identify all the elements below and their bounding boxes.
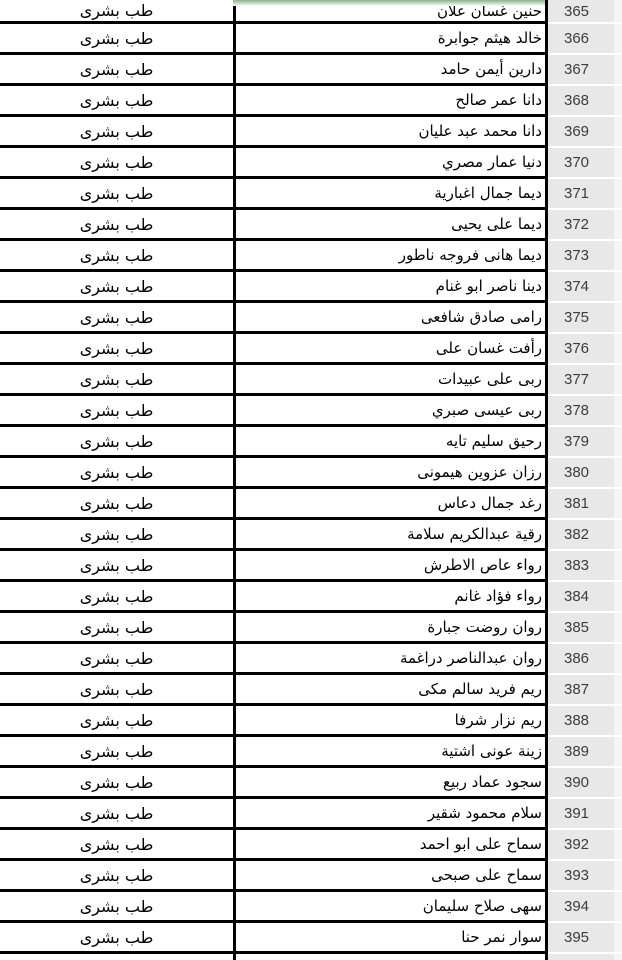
table-row: طب بشرى دانا عمر صالح 368 [0, 86, 622, 117]
specialty-label: طب بشرى [80, 556, 154, 575]
student-name: حنين غسان علان [437, 2, 542, 20]
student-name: ربى على عبيدات [438, 370, 542, 388]
row-number-header[interactable]: 373 [548, 241, 622, 272]
specialty-cell[interactable]: طب بشرى [0, 923, 233, 954]
row-number-header[interactable]: 372 [548, 210, 622, 241]
specialty-label: طب بشرى [80, 1, 154, 20]
specialty-cell[interactable]: طب بشرى [0, 520, 233, 551]
specialty-cell[interactable]: طب بشرى [0, 582, 233, 613]
student-name: دانا عمر صالح [455, 91, 542, 109]
student-name-cell[interactable]: رحيق سليم تايه [233, 427, 548, 458]
row-number-header[interactable]: 379 [548, 427, 622, 458]
student-name: زينة عونى اشتية [441, 742, 542, 760]
table-row: طب بشرى رامى صادق شافعى 375 [0, 303, 622, 334]
row-number: 382 [564, 526, 589, 543]
table-row: طب بشرى سوار نمر حنا 395 [0, 923, 622, 954]
specialty-label: طب بشرى [80, 370, 154, 389]
specialty-label: طب بشرى [80, 432, 154, 451]
row-number-header[interactable]: 386 [548, 644, 622, 675]
student-name: ديما هانى فروجه ناطور [399, 246, 542, 264]
specialty-cell[interactable]: طب بشرى [0, 892, 233, 923]
specialty-cell[interactable]: طب بشرى [0, 675, 233, 706]
row-number-header[interactable]: 394 [548, 892, 622, 923]
row-number: 394 [564, 898, 589, 915]
specialty-label: طب بشرى [80, 525, 154, 544]
student-name: رأفت غسان على [436, 339, 542, 357]
row-number: 377 [564, 371, 589, 388]
specialty-label: طب بشرى [80, 277, 154, 296]
table-row: طب بشرى رحيق سليم تايه 379 [0, 427, 622, 458]
row-number-header[interactable]: 387 [548, 675, 622, 706]
specialty-cell[interactable]: طب بشرى [0, 799, 233, 830]
row-number: 373 [564, 247, 589, 264]
specialty-label: طب بشرى [80, 897, 154, 916]
specialty-cell[interactable]: طب بشرى [0, 365, 233, 396]
student-name: ربى عيسى صبري [432, 401, 542, 419]
row-number: 387 [564, 681, 589, 698]
row-number-header[interactable]: 376 [548, 334, 622, 365]
table-row: طب بشرى سهى صلاح سليمان 394 [0, 892, 622, 923]
student-name: رقية عبدالكريم سلامة [407, 525, 542, 543]
student-name-cell[interactable]: دانا محمد عبد عليان [233, 117, 548, 148]
table-row: طب بشرى خالد هيثم جوابرة 366 [0, 24, 622, 55]
specialty-label: طب بشرى [80, 153, 154, 172]
row-number-header[interactable]: 382 [548, 520, 622, 551]
row-number-header[interactable]: 392 [548, 830, 622, 861]
table-row: طب بشرى زينة عونى اشتية 389 [0, 737, 622, 768]
row-number-header[interactable]: 381 [548, 489, 622, 520]
specialty-cell[interactable]: طب بشرى [0, 830, 233, 861]
specialty-label: طب بشرى [80, 463, 154, 482]
specialty-label: طب بشرى [80, 711, 154, 730]
table-row: طب بشرى رواء عاص الاطرش 383 [0, 551, 622, 582]
student-name: ريم فريد سالم مكى [418, 680, 542, 698]
student-name-cell[interactable]: سماح على صبحى [233, 861, 548, 892]
row-number-header[interactable]: 377 [548, 365, 622, 396]
student-name-cell[interactable]: حنين غسان علان [233, 0, 548, 24]
row-number: 395 [564, 929, 589, 946]
specialty-label: طب بشرى [80, 215, 154, 234]
row-number: 388 [564, 712, 589, 729]
specialty-cell[interactable]: طب بشرى [0, 706, 233, 737]
table-row: طب بشرى روان عبدالناصر دراغمة 386 [0, 644, 622, 675]
table-row: طب بشرى سماح على ابو احمد 392 [0, 830, 622, 861]
specialty-cell[interactable]: طب بشرى [0, 272, 233, 303]
table-row: طب بشرى سماح على صبحى 393 [0, 861, 622, 892]
student-name: ديما على يحيى [451, 215, 542, 233]
specialty-cell[interactable]: طب بشرى [0, 551, 233, 582]
row-number-header[interactable]: 384 [548, 582, 622, 613]
row-number: 367 [564, 61, 589, 78]
specialty-label: طب بشرى [80, 587, 154, 606]
specialty-label: طب بشرى [80, 29, 154, 48]
partial-row-bottom [0, 954, 622, 960]
table-row: طب بشرى روان روضت جبارة 385 [0, 613, 622, 644]
student-name-cell[interactable]: ديما على يحيى [233, 210, 548, 241]
row-number: 386 [564, 650, 589, 667]
specialty-cell[interactable]: طب بشرى [0, 210, 233, 241]
specialty-cell[interactable]: طب بشرى [0, 613, 233, 644]
specialty-cell[interactable] [0, 954, 233, 960]
student-name: رواء فؤاد غانم [454, 587, 542, 605]
row-number-header[interactable]: 390 [548, 768, 622, 799]
row-number: 375 [564, 309, 589, 326]
row-number-header[interactable]: 380 [548, 458, 622, 489]
specialty-cell[interactable]: طب بشرى [0, 396, 233, 427]
specialty-label: طب بشرى [80, 742, 154, 761]
row-number-header[interactable]: 370 [548, 148, 622, 179]
specialty-cell[interactable]: طب بشرى [0, 86, 233, 117]
student-name-cell[interactable]: رأفت غسان على [233, 334, 548, 365]
specialty-cell[interactable]: طب بشرى [0, 427, 233, 458]
student-name: سوار نمر حنا [461, 928, 542, 946]
table-row: طب بشرى سجود عماد ربيع 390 [0, 768, 622, 799]
table-row: طب بشرى رواء فؤاد غانم 384 [0, 582, 622, 613]
specialty-label: طب بشرى [80, 401, 154, 420]
row-number: 369 [564, 123, 589, 140]
student-name-cell[interactable]: رزان عزوين هيمونى [233, 458, 548, 489]
student-name-cell[interactable]: ريم نزار شرفا [233, 706, 548, 737]
specialty-label: طب بشرى [80, 804, 154, 823]
specialty-cell[interactable]: طب بشرى [0, 644, 233, 675]
table-body: طب بشرى حنين غسان علان 365 طب بشرى خالد … [0, 0, 622, 954]
table-row: طب بشرى رزان عزوين هيمونى 380 [0, 458, 622, 489]
student-name-cell[interactable]: ربى عيسى صبري [233, 396, 548, 427]
specialty-cell[interactable]: طب بشرى [0, 489, 233, 520]
row-number-header[interactable]: 393 [548, 861, 622, 892]
student-name-cell[interactable]: دينا ناصر ابو غنام [233, 272, 548, 303]
student-name-cell[interactable]: روان عبدالناصر دراغمة [233, 644, 548, 675]
student-name: رحيق سليم تايه [446, 432, 542, 450]
table-row: طب بشرى حنين غسان علان 365 [0, 0, 622, 24]
student-name-cell[interactable]: رواء فؤاد غانم [233, 582, 548, 613]
student-name: سهى صلاح سليمان [423, 897, 542, 915]
row-number: 378 [564, 402, 589, 419]
student-name: سلام محمود شقير [428, 804, 542, 822]
row-number-header[interactable]: 385 [548, 613, 622, 644]
row-number-header[interactable]: 369 [548, 117, 622, 148]
specialty-cell[interactable]: طب بشرى [0, 117, 233, 148]
row-number: 376 [564, 340, 589, 357]
specialty-label: طب بشرى [80, 618, 154, 637]
specialty-label: طب بشرى [80, 928, 154, 947]
student-name-cell[interactable]: سوار نمر حنا [233, 923, 548, 954]
student-name-cell[interactable]: سهى صلاح سليمان [233, 892, 548, 923]
row-number: 384 [564, 588, 589, 605]
table-row: طب بشرى دينا ناصر ابو غنام 374 [0, 272, 622, 303]
row-number: 390 [564, 774, 589, 791]
specialty-cell[interactable]: طب بشرى [0, 334, 233, 365]
row-number-header[interactable]: 367 [548, 55, 622, 86]
specialty-label: طب بشرى [80, 835, 154, 854]
row-number: 370 [564, 154, 589, 171]
table-row: طب بشرى ريم فريد سالم مكى 387 [0, 675, 622, 706]
row-number: 379 [564, 433, 589, 450]
spreadsheet: طب بشرى حنين غسان علان 365 طب بشرى خالد … [0, 0, 622, 960]
student-name-cell[interactable]: ريم فريد سالم مكى [233, 675, 548, 706]
row-number-header[interactable]: 374 [548, 272, 622, 303]
student-name-cell[interactable]: سماح على ابو احمد [233, 830, 548, 861]
table-row: طب بشرى ديما جمال اغبارية 371 [0, 179, 622, 210]
student-name: روان عبدالناصر دراغمة [400, 649, 542, 667]
table-row: طب بشرى ربى على عبيدات 377 [0, 365, 622, 396]
row-number-header[interactable]: 368 [548, 86, 622, 117]
student-name: رواء عاص الاطرش [424, 556, 542, 574]
specialty-label: طب بشرى [80, 339, 154, 358]
student-name: روان روضت جبارة [427, 618, 542, 636]
table-row: طب بشرى ديما على يحيى 372 [0, 210, 622, 241]
table-row: طب بشرى رأفت غسان على 376 [0, 334, 622, 365]
specialty-cell[interactable]: طب بشرى [0, 861, 233, 892]
row-number: 368 [564, 92, 589, 109]
student-name: سماح على صبحى [431, 866, 542, 884]
row-number: 385 [564, 619, 589, 636]
student-name-cell[interactable]: دانا عمر صالح [233, 86, 548, 117]
specialty-cell[interactable]: طب بشرى [0, 458, 233, 489]
specialty-label: طب بشرى [80, 773, 154, 792]
table-row: طب بشرى دارين أيمن حامد 367 [0, 55, 622, 86]
student-name: سجود عماد ربيع [443, 773, 542, 791]
table-row: طب بشرى سلام محمود شقير 391 [0, 799, 622, 830]
student-name-cell[interactable]: رواء عاص الاطرش [233, 551, 548, 582]
specialty-label: طب بشرى [80, 246, 154, 265]
row-number: 374 [564, 278, 589, 295]
specialty-cell[interactable]: طب بشرى [0, 737, 233, 768]
student-name: دنيا عمار مصري [442, 153, 542, 171]
row-number: 389 [564, 743, 589, 760]
specialty-cell[interactable]: طب بشرى [0, 148, 233, 179]
table-row: طب بشرى دنيا عمار مصري 370 [0, 148, 622, 179]
student-name-cell[interactable]: رقية عبدالكريم سلامة [233, 520, 548, 551]
specialty-cell[interactable]: طب بشرى [0, 303, 233, 334]
student-name-cell[interactable]: دارين أيمن حامد [233, 55, 548, 86]
row-number-header[interactable]: 395 [548, 923, 622, 954]
row-number-header[interactable]: 391 [548, 799, 622, 830]
row-number: 380 [564, 464, 589, 481]
row-number-header[interactable] [548, 954, 622, 960]
specialty-label: طب بشرى [80, 184, 154, 203]
student-name-cell[interactable]: زينة عونى اشتية [233, 737, 548, 768]
row-number: 391 [564, 805, 589, 822]
row-number: 393 [564, 867, 589, 884]
row-number-header[interactable]: 371 [548, 179, 622, 210]
student-name-cell[interactable] [233, 954, 548, 960]
specialty-label: طب بشرى [80, 649, 154, 668]
student-name: سماح على ابو احمد [420, 835, 542, 853]
table-row: طب بشرى ربى عيسى صبري 378 [0, 396, 622, 427]
row-number-header[interactable]: 388 [548, 706, 622, 737]
row-number: 392 [564, 836, 589, 853]
specialty-label: طب بشرى [80, 494, 154, 513]
specialty-cell[interactable]: طب بشرى [0, 24, 233, 55]
student-name: دينا ناصر ابو غنام [436, 277, 542, 295]
specialty-cell[interactable]: طب بشرى [0, 55, 233, 86]
specialty-label: طب بشرى [80, 308, 154, 327]
row-number-header[interactable]: 383 [548, 551, 622, 582]
specialty-label: طب بشرى [80, 866, 154, 885]
student-name-cell[interactable]: رغد جمال دعاس [233, 489, 548, 520]
student-name: خالد هيثم جوابرة [438, 29, 542, 47]
specialty-cell[interactable]: طب بشرى [0, 179, 233, 210]
row-number: 372 [564, 216, 589, 233]
specialty-label: طب بشرى [80, 91, 154, 110]
row-number: 366 [564, 30, 589, 47]
table-row: طب بشرى دانا محمد عبد عليان 369 [0, 117, 622, 148]
row-number-header[interactable]: 389 [548, 737, 622, 768]
row-number: 365 [564, 3, 589, 20]
row-number-header[interactable]: 365 [548, 0, 622, 24]
specialty-label: طب بشرى [80, 680, 154, 699]
student-name: دارين أيمن حامد [441, 60, 542, 78]
row-number: 381 [564, 495, 589, 512]
row-number-header[interactable]: 378 [548, 396, 622, 427]
student-name: رامى صادق شافعى [421, 308, 542, 326]
student-name-cell[interactable]: روان روضت جبارة [233, 613, 548, 644]
table-row: طب بشرى رقية عبدالكريم سلامة 382 [0, 520, 622, 551]
row-number-header[interactable]: 366 [548, 24, 622, 55]
specialty-label: طب بشرى [80, 122, 154, 141]
specialty-label: طب بشرى [80, 60, 154, 79]
row-number: 371 [564, 185, 589, 202]
student-name: ريم نزار شرفا [455, 711, 542, 729]
student-name-cell[interactable]: سجود عماد ربيع [233, 768, 548, 799]
specialty-cell[interactable]: طب بشرى [0, 0, 233, 24]
specialty-cell[interactable]: طب بشرى [0, 768, 233, 799]
student-name: دانا محمد عبد عليان [418, 122, 542, 140]
student-name-cell[interactable]: سلام محمود شقير [233, 799, 548, 830]
student-name-cell[interactable]: دنيا عمار مصري [233, 148, 548, 179]
student-name-cell[interactable]: ديما جمال اغبارية [233, 179, 548, 210]
specialty-cell[interactable]: طب بشرى [0, 241, 233, 272]
student-name: رزان عزوين هيمونى [417, 463, 542, 481]
student-name-cell[interactable]: ديما هانى فروجه ناطور [233, 241, 548, 272]
row-number-header[interactable]: 375 [548, 303, 622, 334]
student-name: ديما جمال اغبارية [434, 184, 542, 202]
table-row: طب بشرى رغد جمال دعاس 381 [0, 489, 622, 520]
row-number: 383 [564, 557, 589, 574]
student-name-cell[interactable]: رامى صادق شافعى [233, 303, 548, 334]
student-name: رغد جمال دعاس [438, 494, 542, 512]
student-name-cell[interactable]: خالد هيثم جوابرة [233, 24, 548, 55]
student-name-cell[interactable]: ربى على عبيدات [233, 365, 548, 396]
table-row: طب بشرى ديما هانى فروجه ناطور 373 [0, 241, 622, 272]
table-row: طب بشرى ريم نزار شرفا 388 [0, 706, 622, 737]
